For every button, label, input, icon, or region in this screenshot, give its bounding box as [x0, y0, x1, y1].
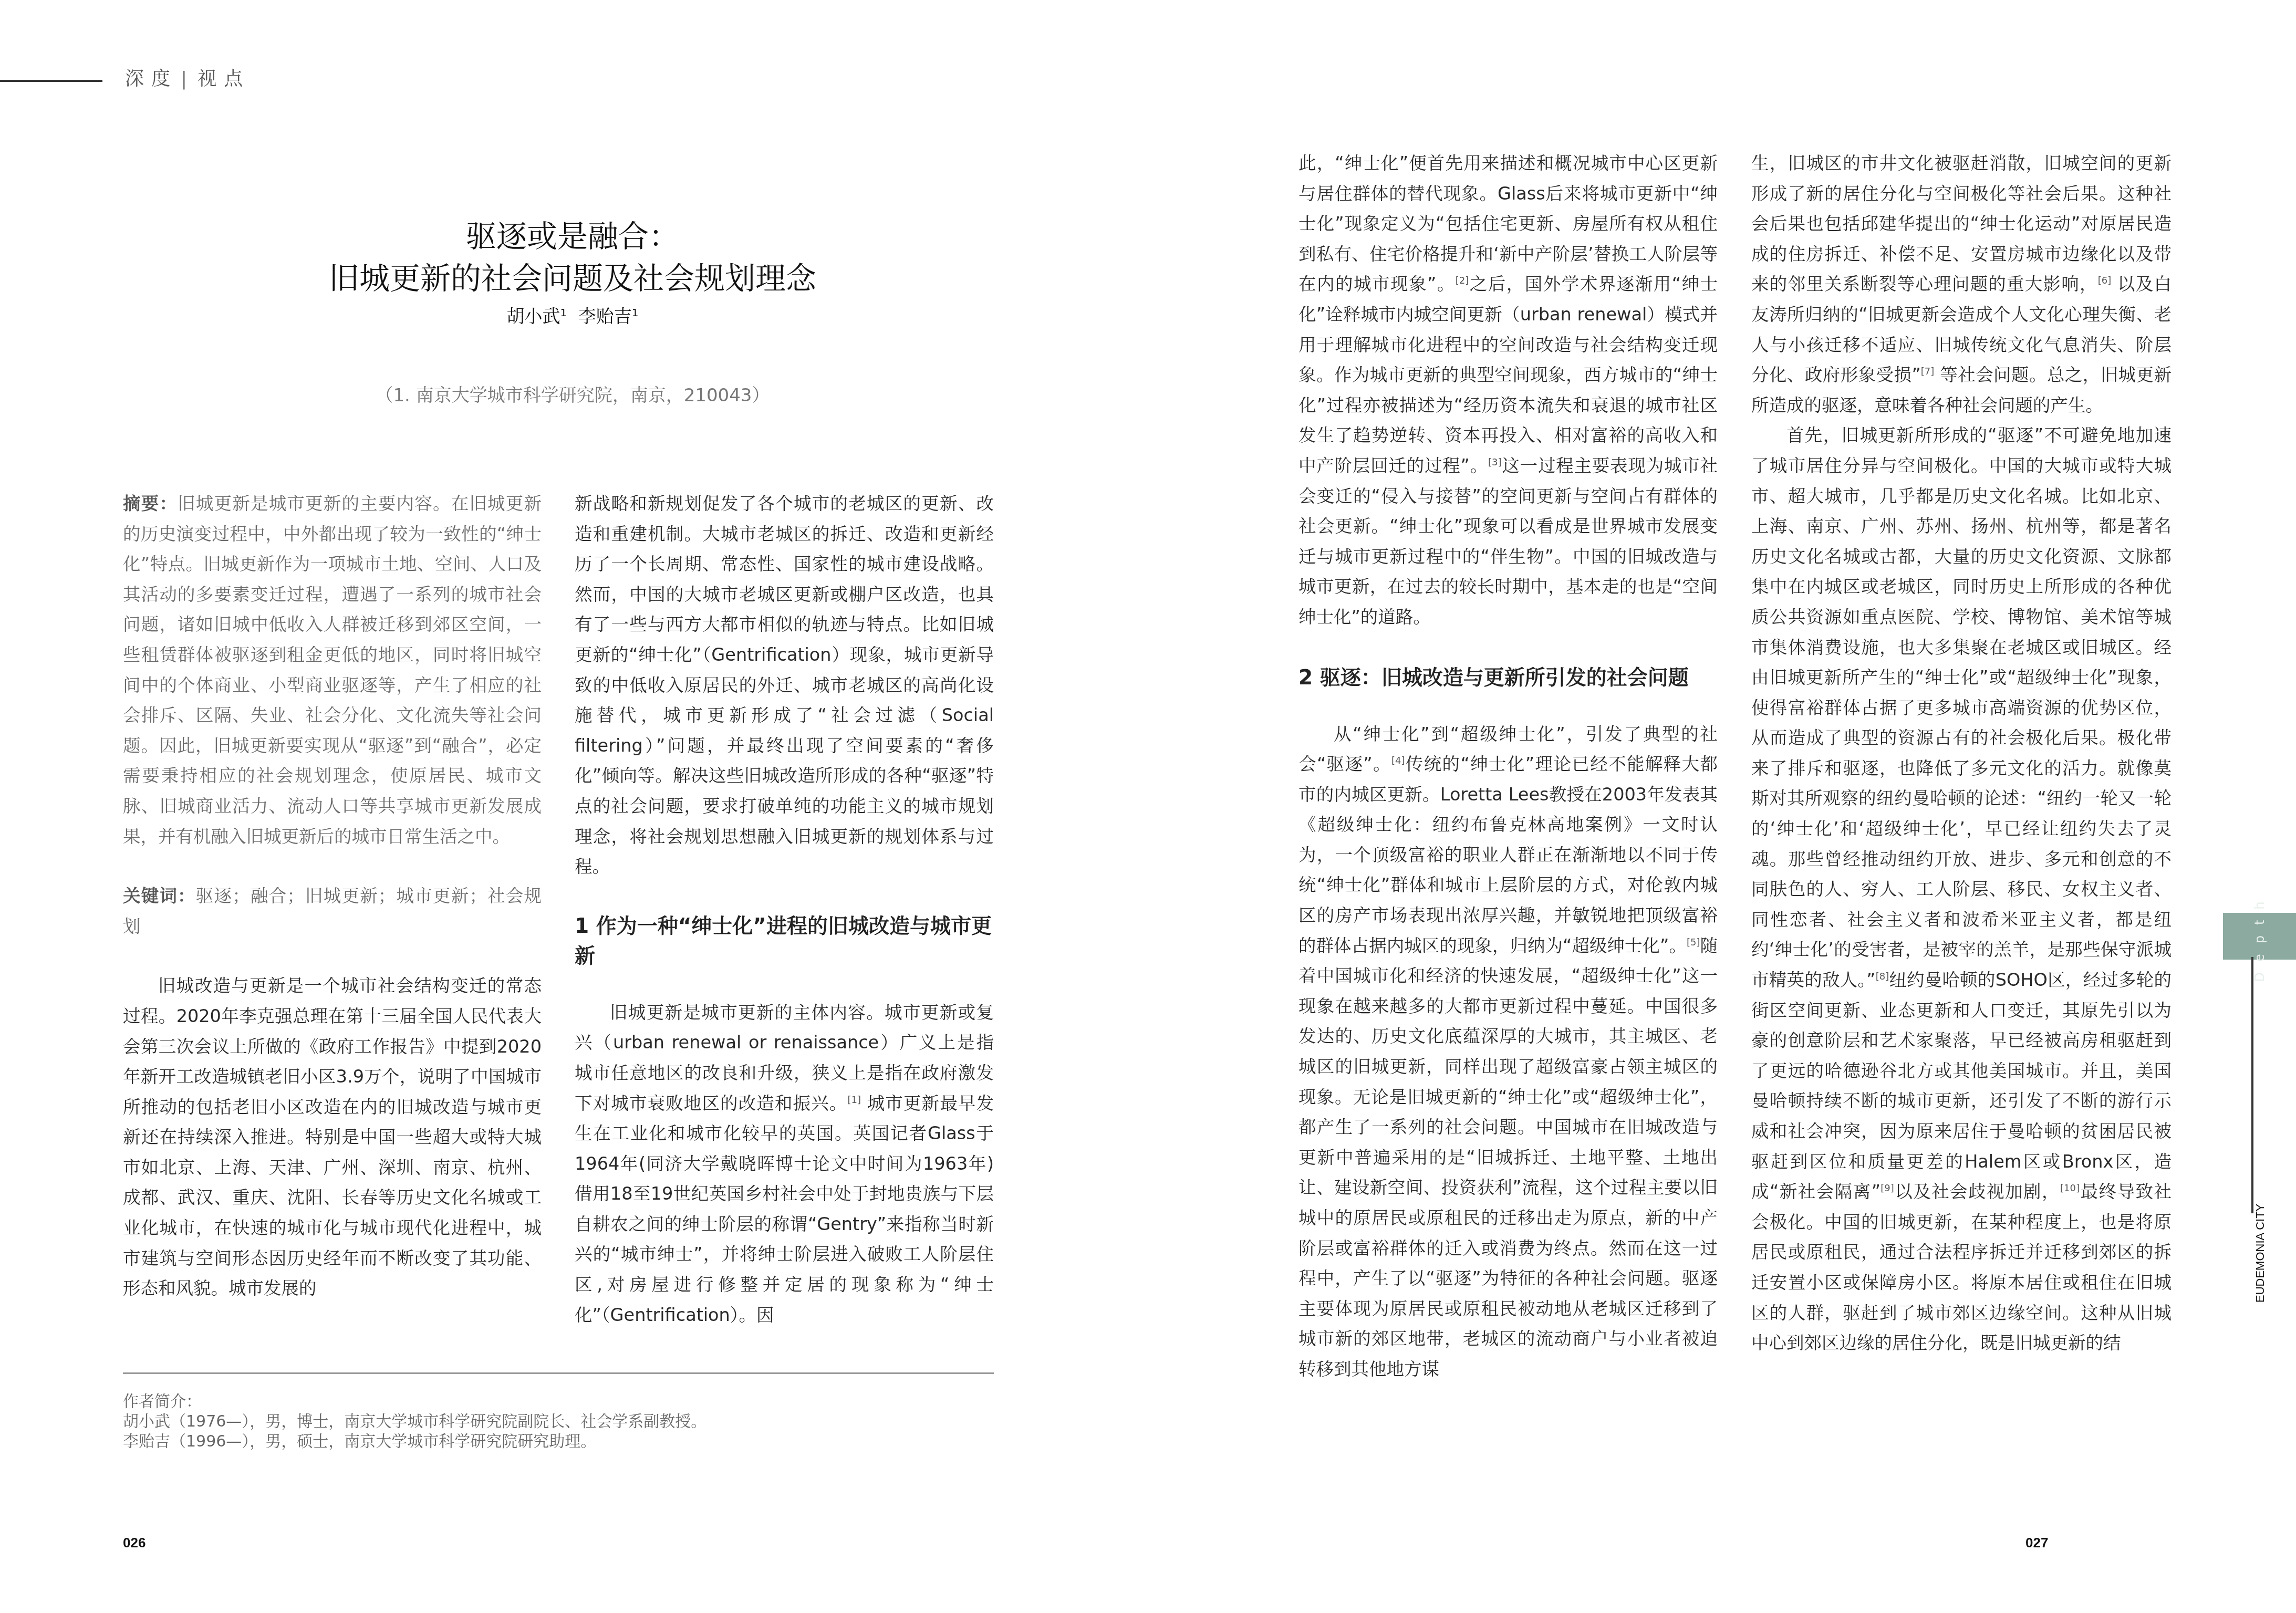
text-run: 这一过程主要表现为城市社会变迁的“侵入与接替”的空间更新与空间占有群体的社会更新…: [1298, 455, 1718, 627]
column-2: 新战略和新规划促发了各个城市的老城区的更新、改造和重建机制。大城市老城区的拆迁、…: [575, 488, 994, 1330]
section-label: 深度: [125, 68, 178, 90]
author-bio: 作者简介： 胡小武（1976—），男，博士，南京大学城市科学研究院副院长、社会学…: [123, 1392, 707, 1452]
brand-wrap: EUDEMONIA CITY: [2253, 1213, 2274, 1303]
intro-paragraph: 旧城改造与更新是一个城市社会结构变迁的常态过程。2020年李克强总理在第十三届全…: [123, 971, 542, 1304]
section-1-heading: 1 作为一种“绅士化”进程的旧城改造与城市更新: [575, 911, 994, 971]
citation-ref: [1]: [847, 1094, 861, 1105]
author-bio-line: 李贻吉（1996—），男，硕士，南京大学城市科学研究院研究助理。: [123, 1432, 707, 1452]
text-run: 随着中国城市化和经济的快速发展，“超级绅士化”这一现象在越来越多的大都市更新过程…: [1298, 935, 1718, 1379]
title-line-2: 旧城更新的社会问题及社会规划理念: [226, 257, 919, 299]
citation-ref: [7]: [1921, 366, 1935, 377]
citation-ref: [10]: [2060, 1183, 2080, 1194]
column-4: 生，旧城区的市井文化被驱赶消散，旧城空间的更新形成了新的居住分化与空间极化等社会…: [1751, 148, 2172, 1358]
citation-ref: [8]: [1876, 971, 1889, 982]
column-1: 摘要：旧城更新是城市更新的主要内容。在旧城更新的历史演变过程中，中外都出现了较为…: [123, 488, 542, 1304]
text-run: 生，旧城区的市井文化被驱赶消散，旧城空间的更新形成了新的居住分化与空间极化等社会…: [1751, 153, 2172, 294]
page-number-left: 026: [123, 1535, 146, 1551]
section-header: 深度|视点: [125, 64, 250, 91]
section-2-paragraph-2: 首先，旧城更新所形成的“驱逐”不可避免地加速了城市居住分异与空间极化。中国的大城…: [1751, 420, 2172, 1358]
depth-tab-label-wrap: Depth: [2223, 913, 2296, 960]
text-run: 最终导致社会极化。中国的旧城更新，在某种程度上，也是将原居民或原租民，通过合法程…: [1751, 1181, 2172, 1353]
section-1-paragraph: 旧城更新是城市更新的主体内容。城市更新或复兴（urban renewal or …: [575, 997, 994, 1330]
author-affil-mark: 1: [632, 306, 639, 319]
article-title: 驱逐或是融合： 旧城更新的社会问题及社会规划理念: [226, 215, 919, 299]
depth-tab-label: Depth: [2252, 891, 2267, 982]
text-run: 之后，国外学术界逐渐用“绅士化”诠释城市内城空间更新（urban renewal…: [1298, 274, 1718, 476]
header-rule: [0, 80, 102, 82]
abstract-label: 摘要：: [123, 493, 178, 514]
brand-label: EUDEMONIA CITY: [2253, 1204, 2267, 1303]
text-run: 此，“绅士化”便首先用来描述和概况城市中心区更新与居住群体的替代现象。Glass…: [1298, 153, 1718, 294]
column-3: 此，“绅士化”便首先用来描述和概况城市中心区更新与居住群体的替代现象。Glass…: [1298, 148, 1718, 1385]
affiliation: （1. 南京大学城市科学研究院，南京，210043）: [226, 381, 919, 407]
side-rule: [2251, 957, 2253, 1213]
text-run: 首先，旧城更新所形成的“驱逐”不可避免地加速了城市居住分异与空间极化。中国的大城…: [1751, 425, 2172, 990]
page-number-right: 027: [2025, 1535, 2048, 1551]
text-run: 城市更新最早发生在工业化和城市化较早的英国。英国记者Glass于1964年(同济…: [575, 1093, 994, 1325]
citation-ref: [5]: [1687, 937, 1700, 948]
keywords: 关键词：驱逐；融合；旧城更新；城市更新；社会规划: [123, 881, 542, 941]
author-affil-mark: 1: [560, 306, 567, 319]
text-run: 以及社会歧视加剧，: [1894, 1181, 2060, 1202]
text-run: 传统的“绅士化”理论已经不能解释大都市的内城区更新。Loretta Lees教授…: [1298, 754, 1718, 956]
keywords-label: 关键词：: [123, 886, 196, 906]
footnote-divider: [123, 1372, 994, 1374]
section-separator: |: [181, 68, 194, 90]
author-bio-label: 作者简介：: [123, 1392, 707, 1412]
citation-ref: [9]: [1881, 1183, 1894, 1194]
citation-ref: [6]: [2098, 275, 2112, 286]
author-list: 胡小武1 李贻吉1: [226, 302, 919, 328]
title-line-1: 驱逐或是融合：: [226, 215, 919, 257]
subsection-label: 视点: [198, 68, 250, 90]
citation-ref: [2]: [1456, 275, 1469, 286]
section-2-heading: 2 驱逐：旧城改造与更新所引发的社会问题: [1298, 663, 1718, 693]
section-2-paragraph: 从“绅士化”到“超级绅士化”，引发了典型的社会“驱逐”。[4]传统的“绅士化”理…: [1298, 719, 1718, 1385]
citation-ref: [3]: [1488, 457, 1502, 468]
section-1-paragraph-cont: 此，“绅士化”便首先用来描述和概况城市中心区更新与居住群体的替代现象。Glass…: [1298, 148, 1718, 632]
text-run: 纽约曼哈顿的SOHO区，经过多轮的街区空间更新、业态更新和人口变迁，其原先引以为…: [1751, 970, 2172, 1202]
abstract: 摘要：旧城更新是城市更新的主要内容。在旧城更新的历史演变过程中，中外都出现了较为…: [123, 488, 542, 851]
author-name: 胡小武: [506, 306, 560, 327]
abstract-text: 旧城更新是城市更新的主要内容。在旧城更新的历史演变过程中，中外都出现了较为一致性…: [123, 493, 542, 847]
intro-continued: 新战略和新规划促发了各个城市的老城区的更新、改造和重建机制。大城市老城区的拆迁、…: [575, 488, 994, 882]
author-name: 李贻吉: [578, 306, 632, 327]
section-2-paragraph-cont: 生，旧城区的市井文化被驱赶消散，旧城空间的更新形成了新的居住分化与空间极化等社会…: [1751, 148, 2172, 420]
author-bio-line: 胡小武（1976—），男，博士，南京大学城市科学研究院副院长、社会学系副教授。: [123, 1412, 707, 1432]
citation-ref: [4]: [1391, 755, 1405, 766]
